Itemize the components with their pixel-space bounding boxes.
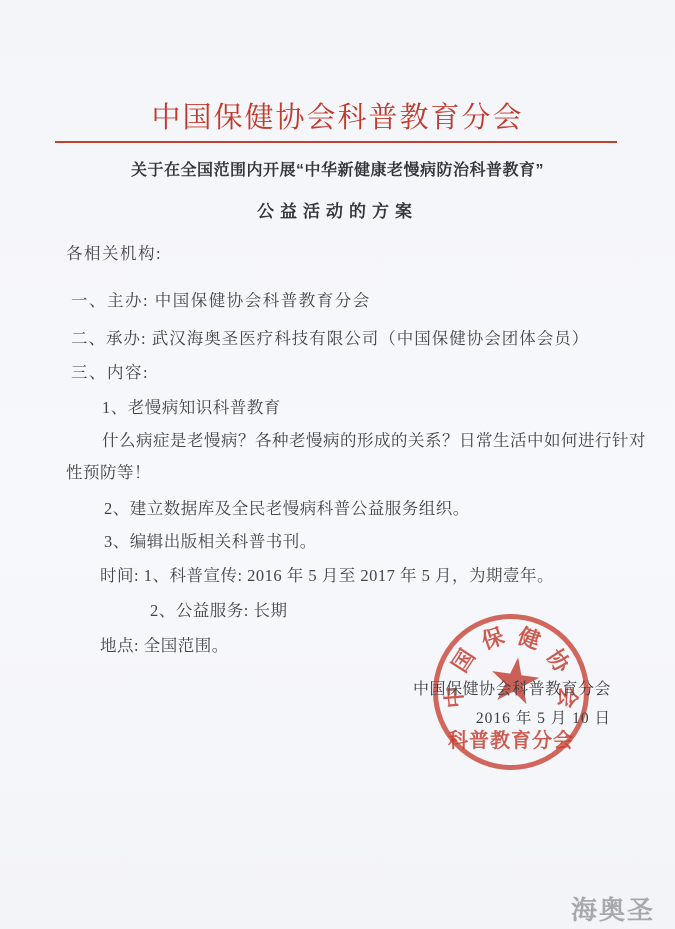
seal-bottom-text: 科普教育分会 <box>441 724 581 753</box>
document-title: 中国保健协会科普教育分会 <box>0 95 675 136</box>
title-underline <box>55 141 617 143</box>
body-line-organizer: 二、承办: 武汉海奥圣医疗科技有限公司（中国保健协会团体会员） <box>71 325 589 349</box>
signature-org: 中国保健协会科普教育分会 <box>413 676 611 699</box>
body-line-item2: 2、建立数据库及全民老慢病科普公益服务组织。 <box>104 495 470 519</box>
body-line-host: 一、主办: 中国保健协会科普教育分会 <box>71 287 371 311</box>
body-line-item1-detail-wrap: 性预防等！ <box>66 459 151 483</box>
subject-line-2: 公益活动的方案 <box>0 197 675 222</box>
body-line-time-2: 2、公益服务: 长期 <box>150 597 287 621</box>
body-line-item3: 3、编辑出版相关科普书刊。 <box>104 528 317 552</box>
subject-line-1: 关于在全国范围内开展“中华新健康老慢病防治科普教育” <box>0 157 675 180</box>
signature-block: 中国保健协会科普教育分会 2016 年 5 月 10 日 <box>413 676 611 728</box>
salutation-line: 各相关机构: <box>66 240 162 264</box>
brand-watermark: 海奥圣 <box>571 890 655 927</box>
body-line-content-heading: 三、内容: <box>71 359 149 383</box>
document-page: 中国保健协会科普教育分会 关于在全国范围内开展“中华新健康老慢病防治科普教育” … <box>0 0 675 929</box>
signature-date: 2016 年 5 月 10 日 <box>413 706 611 728</box>
body-line-item1: 1、老慢病知识科普教育 <box>102 394 281 418</box>
body-line-item1-detail: 什么病症是老慢病？各种老慢病的形成的关系？日常生活中如何进行针对 <box>102 427 646 451</box>
body-line-time: 时间: 1、科普宣传: 2016 年 5 月至 2017 年 5 月，为期壹年。 <box>100 562 554 586</box>
body-line-location: 地点: 全国范围。 <box>100 632 229 656</box>
